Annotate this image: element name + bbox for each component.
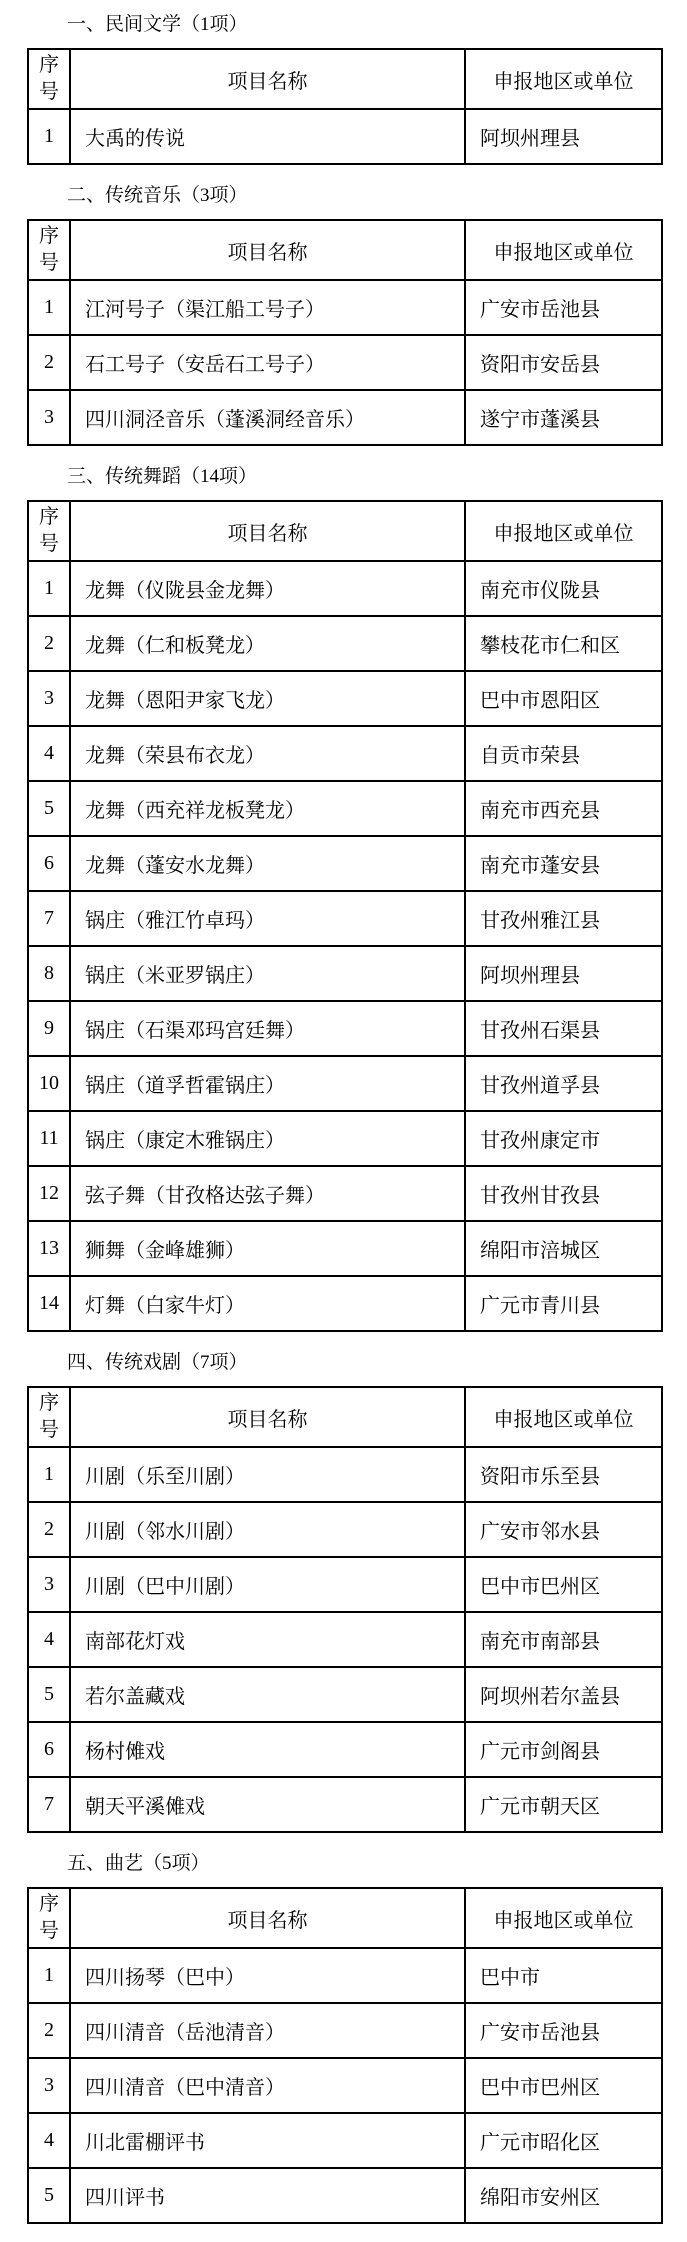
cell-region-or-unit: 阿坝州若尔盖县 <box>465 1667 662 1722</box>
cell-region-or-unit: 甘孜州石渠县 <box>465 1001 662 1056</box>
section-heading: 五、曲艺（5项） <box>67 1854 661 1874</box>
cell-project-name: 石工号子（安岳石工号子） <box>70 335 465 390</box>
cell-project-name: 南部花灯戏 <box>70 1612 465 1667</box>
section-heading: 二、传统音乐（3项） <box>67 186 661 206</box>
header-project-name: 项目名称 <box>70 1888 465 1948</box>
cell-serial-number: 10 <box>28 1056 70 1111</box>
cell-serial-number: 3 <box>28 390 70 445</box>
table-row: 3 四川清音（巴中清音） 巴中市巴州区 <box>28 2058 662 2113</box>
header-project-name: 项目名称 <box>70 501 465 561</box>
table-row: 3 川剧（巴中川剧） 巴中市巴州区 <box>28 1557 662 1612</box>
cell-project-name: 川剧（邻水川剧） <box>70 1502 465 1557</box>
cell-region-or-unit: 攀枝花市仁和区 <box>465 616 662 671</box>
cell-region-or-unit: 南充市蓬安县 <box>465 836 662 891</box>
cell-serial-number: 5 <box>28 2168 70 2223</box>
cell-region-or-unit: 广安市岳池县 <box>465 280 662 335</box>
cell-region-or-unit: 广安市岳池县 <box>465 2003 662 2058</box>
cell-serial-number: 14 <box>28 1276 70 1331</box>
cell-project-name: 锅庄（米亚罗锅庄） <box>70 946 465 1001</box>
table-row: 3 四川洞泾音乐（蓬溪洞经音乐） 遂宁市蓬溪县 <box>28 390 662 445</box>
cell-region-or-unit: 广元市昭化区 <box>465 2113 662 2168</box>
table-row: 8 锅庄（米亚罗锅庄） 阿坝州理县 <box>28 946 662 1001</box>
cell-project-name: 灯舞（白家牛灯） <box>70 1276 465 1331</box>
cell-serial-number: 1 <box>28 561 70 616</box>
heritage-list-document: 一、民间文学（1项） 序号 项目名称 申报地区或单位 1 大禹的传说 阿坝州理县… <box>0 15 687 2242</box>
table-header-row: 序号 项目名称 申报地区或单位 <box>28 1888 662 1948</box>
table-row: 1 大禹的传说 阿坝州理县 <box>28 109 662 164</box>
table-row: 10 锅庄（道孚哲霍锅庄） 甘孜州道孚县 <box>28 1056 662 1111</box>
cell-region-or-unit: 广安市邻水县 <box>465 1502 662 1557</box>
table-row: 9 锅庄（石渠邓玛宫廷舞） 甘孜州石渠县 <box>28 1001 662 1056</box>
section: 五、曲艺（5项） 序号 项目名称 申报地区或单位 1 四川扬琴（巴中） 巴中市 … <box>27 1854 661 2224</box>
table-row: 5 龙舞（西充祥龙板凳龙） 南充市西充县 <box>28 781 662 836</box>
cell-region-or-unit: 资阳市安岳县 <box>465 335 662 390</box>
table-row: 2 四川清音（岳池清音） 广安市岳池县 <box>28 2003 662 2058</box>
cell-serial-number: 4 <box>28 726 70 781</box>
cell-serial-number: 6 <box>28 836 70 891</box>
cell-serial-number: 2 <box>28 335 70 390</box>
header-region-or-unit: 申报地区或单位 <box>465 220 662 280</box>
cell-project-name: 四川评书 <box>70 2168 465 2223</box>
cell-project-name: 龙舞（仪陇县金龙舞） <box>70 561 465 616</box>
cell-project-name: 狮舞（金峰雄狮） <box>70 1221 465 1276</box>
cell-region-or-unit: 巴中市巴州区 <box>465 1557 662 1612</box>
table-row: 2 川剧（邻水川剧） 广安市邻水县 <box>28 1502 662 1557</box>
cell-region-or-unit: 遂宁市蓬溪县 <box>465 390 662 445</box>
cell-serial-number: 4 <box>28 1612 70 1667</box>
cell-project-name: 川北雷棚评书 <box>70 2113 465 2168</box>
cell-region-or-unit: 甘孜州康定市 <box>465 1111 662 1166</box>
cell-serial-number: 2 <box>28 2003 70 2058</box>
section-heading: 一、民间文学（1项） <box>67 15 661 35</box>
section: 三、传统舞蹈（14项） 序号 项目名称 申报地区或单位 1 龙舞（仪陇县金龙舞）… <box>27 467 661 1332</box>
cell-project-name: 四川清音（巴中清音） <box>70 2058 465 2113</box>
table-row: 2 龙舞（仁和板凳龙） 攀枝花市仁和区 <box>28 616 662 671</box>
table-header-row: 序号 项目名称 申报地区或单位 <box>28 501 662 561</box>
cell-project-name: 朝天平溪傩戏 <box>70 1777 465 1832</box>
cell-project-name: 杨村傩戏 <box>70 1722 465 1777</box>
cell-serial-number: 7 <box>28 1777 70 1832</box>
table-row: 11 锅庄（康定木雅锅庄） 甘孜州康定市 <box>28 1111 662 1166</box>
header-project-name: 项目名称 <box>70 1387 465 1447</box>
cell-serial-number: 11 <box>28 1111 70 1166</box>
section-table: 序号 项目名称 申报地区或单位 1 江河号子（渠江船工号子） 广安市岳池县 2 … <box>27 219 663 446</box>
cell-region-or-unit: 广元市青川县 <box>465 1276 662 1331</box>
cell-project-name: 弦子舞（甘孜格达弦子舞） <box>70 1166 465 1221</box>
table-row: 5 若尔盖藏戏 阿坝州若尔盖县 <box>28 1667 662 1722</box>
header-project-name: 项目名称 <box>70 49 465 109</box>
cell-serial-number: 5 <box>28 1667 70 1722</box>
cell-region-or-unit: 南充市西充县 <box>465 781 662 836</box>
cell-region-or-unit: 巴中市巴州区 <box>465 2058 662 2113</box>
section-table: 序号 项目名称 申报地区或单位 1 川剧（乐至川剧） 资阳市乐至县 2 川剧（邻… <box>27 1386 663 1833</box>
cell-project-name: 龙舞（西充祥龙板凳龙） <box>70 781 465 836</box>
cell-serial-number: 4 <box>28 2113 70 2168</box>
cell-region-or-unit: 巴中市恩阳区 <box>465 671 662 726</box>
cell-project-name: 龙舞（荣县布衣龙） <box>70 726 465 781</box>
table-row: 1 龙舞（仪陇县金龙舞） 南充市仪陇县 <box>28 561 662 616</box>
cell-project-name: 四川扬琴（巴中） <box>70 1948 465 2003</box>
cell-region-or-unit: 阿坝州理县 <box>465 109 662 164</box>
section: 一、民间文学（1项） 序号 项目名称 申报地区或单位 1 大禹的传说 阿坝州理县 <box>27 15 661 165</box>
cell-project-name: 龙舞（仁和板凳龙） <box>70 616 465 671</box>
cell-region-or-unit: 甘孜州雅江县 <box>465 891 662 946</box>
cell-serial-number: 13 <box>28 1221 70 1276</box>
cell-serial-number: 12 <box>28 1166 70 1221</box>
cell-region-or-unit: 自贡市荣县 <box>465 726 662 781</box>
cell-serial-number: 3 <box>28 2058 70 2113</box>
header-project-name: 项目名称 <box>70 220 465 280</box>
cell-region-or-unit: 甘孜州甘孜县 <box>465 1166 662 1221</box>
cell-region-or-unit: 绵阳市安州区 <box>465 2168 662 2223</box>
table-row: 14 灯舞（白家牛灯） 广元市青川县 <box>28 1276 662 1331</box>
cell-serial-number: 5 <box>28 781 70 836</box>
section-table: 序号 项目名称 申报地区或单位 1 大禹的传说 阿坝州理县 <box>27 48 663 165</box>
cell-serial-number: 2 <box>28 616 70 671</box>
cell-region-or-unit: 巴中市 <box>465 1948 662 2003</box>
header-serial-number: 序号 <box>28 49 70 109</box>
cell-serial-number: 1 <box>28 280 70 335</box>
cell-project-name: 若尔盖藏戏 <box>70 1667 465 1722</box>
table-row: 4 南部花灯戏 南充市南部县 <box>28 1612 662 1667</box>
table-row: 2 石工号子（安岳石工号子） 资阳市安岳县 <box>28 335 662 390</box>
cell-project-name: 大禹的传说 <box>70 109 465 164</box>
cell-project-name: 锅庄（石渠邓玛宫廷舞） <box>70 1001 465 1056</box>
cell-region-or-unit: 南充市仪陇县 <box>465 561 662 616</box>
table-row: 4 龙舞（荣县布衣龙） 自贡市荣县 <box>28 726 662 781</box>
header-region-or-unit: 申报地区或单位 <box>465 501 662 561</box>
cell-serial-number: 8 <box>28 946 70 1001</box>
table-row: 12 弦子舞（甘孜格达弦子舞） 甘孜州甘孜县 <box>28 1166 662 1221</box>
cell-project-name: 四川清音（岳池清音） <box>70 2003 465 2058</box>
table-row: 1 四川扬琴（巴中） 巴中市 <box>28 1948 662 2003</box>
header-region-or-unit: 申报地区或单位 <box>465 1387 662 1447</box>
cell-region-or-unit: 绵阳市涪城区 <box>465 1221 662 1276</box>
cell-serial-number: 3 <box>28 671 70 726</box>
table-row: 6 龙舞（蓬安水龙舞） 南充市蓬安县 <box>28 836 662 891</box>
cell-project-name: 江河号子（渠江船工号子） <box>70 280 465 335</box>
cell-project-name: 川剧（巴中川剧） <box>70 1557 465 1612</box>
section: 四、传统戏剧（7项） 序号 项目名称 申报地区或单位 1 川剧（乐至川剧） 资阳… <box>27 1353 661 1833</box>
header-serial-number: 序号 <box>28 220 70 280</box>
cell-serial-number: 7 <box>28 891 70 946</box>
cell-region-or-unit: 广元市朝天区 <box>465 1777 662 1832</box>
section-heading: 三、传统舞蹈（14项） <box>67 467 661 487</box>
cell-project-name: 锅庄（道孚哲霍锅庄） <box>70 1056 465 1111</box>
table-row: 5 四川评书 绵阳市安州区 <box>28 2168 662 2223</box>
section-table: 序号 项目名称 申报地区或单位 1 四川扬琴（巴中） 巴中市 2 四川清音（岳池… <box>27 1887 663 2224</box>
table-row: 4 川北雷棚评书 广元市昭化区 <box>28 2113 662 2168</box>
table-row: 3 龙舞（恩阳尹家飞龙） 巴中市恩阳区 <box>28 671 662 726</box>
cell-project-name: 四川洞泾音乐（蓬溪洞经音乐） <box>70 390 465 445</box>
table-row: 7 朝天平溪傩戏 广元市朝天区 <box>28 1777 662 1832</box>
cell-serial-number: 1 <box>28 1948 70 2003</box>
table-header-row: 序号 项目名称 申报地区或单位 <box>28 1387 662 1447</box>
table-row: 1 川剧（乐至川剧） 资阳市乐至县 <box>28 1447 662 1502</box>
cell-serial-number: 2 <box>28 1502 70 1557</box>
cell-serial-number: 1 <box>28 1447 70 1502</box>
cell-region-or-unit: 南充市南部县 <box>465 1612 662 1667</box>
table-row: 13 狮舞（金峰雄狮） 绵阳市涪城区 <box>28 1221 662 1276</box>
table-row: 7 锅庄（雅江竹卓玛） 甘孜州雅江县 <box>28 891 662 946</box>
header-region-or-unit: 申报地区或单位 <box>465 49 662 109</box>
cell-serial-number: 9 <box>28 1001 70 1056</box>
table-header-row: 序号 项目名称 申报地区或单位 <box>28 220 662 280</box>
cell-project-name: 龙舞（蓬安水龙舞） <box>70 836 465 891</box>
cell-region-or-unit: 广元市剑阁县 <box>465 1722 662 1777</box>
cell-project-name: 锅庄（雅江竹卓玛） <box>70 891 465 946</box>
cell-serial-number: 3 <box>28 1557 70 1612</box>
cell-project-name: 龙舞（恩阳尹家飞龙） <box>70 671 465 726</box>
cell-project-name: 川剧（乐至川剧） <box>70 1447 465 1502</box>
cell-project-name: 锅庄（康定木雅锅庄） <box>70 1111 465 1166</box>
section-heading: 四、传统戏剧（7项） <box>67 1353 661 1373</box>
section-table: 序号 项目名称 申报地区或单位 1 龙舞（仪陇县金龙舞） 南充市仪陇县 2 龙舞… <box>27 500 663 1332</box>
cell-region-or-unit: 甘孜州道孚县 <box>465 1056 662 1111</box>
table-row: 1 江河号子（渠江船工号子） 广安市岳池县 <box>28 280 662 335</box>
header-serial-number: 序号 <box>28 1387 70 1447</box>
cell-serial-number: 1 <box>28 109 70 164</box>
cell-region-or-unit: 阿坝州理县 <box>465 946 662 1001</box>
table-row: 6 杨村傩戏 广元市剑阁县 <box>28 1722 662 1777</box>
header-serial-number: 序号 <box>28 501 70 561</box>
table-header-row: 序号 项目名称 申报地区或单位 <box>28 49 662 109</box>
cell-serial-number: 6 <box>28 1722 70 1777</box>
header-serial-number: 序号 <box>28 1888 70 1948</box>
cell-region-or-unit: 资阳市乐至县 <box>465 1447 662 1502</box>
section: 二、传统音乐（3项） 序号 项目名称 申报地区或单位 1 江河号子（渠江船工号子… <box>27 186 661 446</box>
header-region-or-unit: 申报地区或单位 <box>465 1888 662 1948</box>
